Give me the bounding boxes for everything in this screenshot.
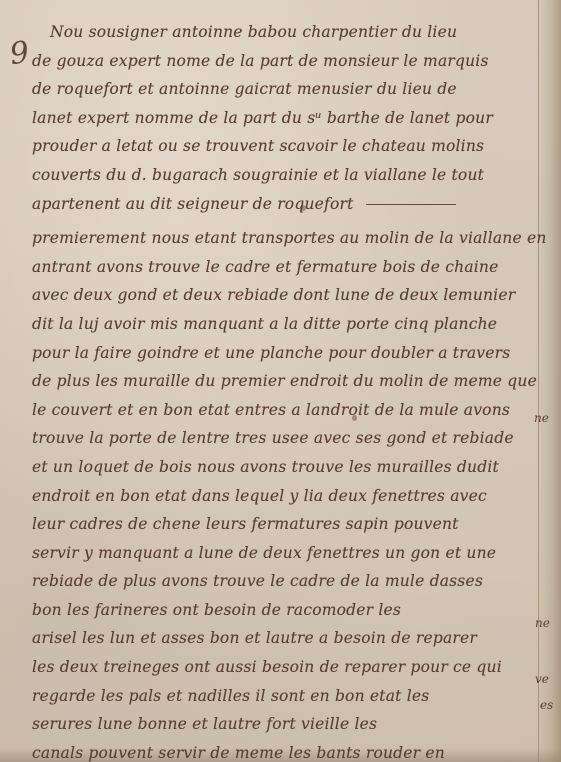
- text-line-content: apartenent au dit seigneur de roquefort: [32, 195, 354, 213]
- margin-note: ne: [534, 411, 549, 425]
- text-line: couverts du d. bugarach sougrainie et la…: [32, 161, 516, 190]
- text-line: regarde les pals et nadilles il sont en …: [32, 682, 516, 711]
- margin-note: ve: [535, 672, 549, 686]
- text-line: lanet expert nomme de la part du sᵘ bart…: [32, 104, 516, 133]
- folio-mark: 9: [8, 35, 32, 72]
- paper-right-edge: [538, 0, 561, 762]
- text-line: de roquefort et antoinne gaicrat menusie…: [32, 75, 516, 104]
- text-line: dit la luj avoir mis manquant a la ditte…: [32, 310, 516, 339]
- text-line: de plus les muraille du premier endroit …: [32, 367, 516, 396]
- text-line: canals pouvent servir de meme les bants …: [32, 739, 516, 762]
- text-line: trouve la porte de lentre tres usee avec…: [32, 424, 516, 453]
- text-line: les deux treineges ont aussi besoin de r…: [32, 653, 516, 682]
- text-line: apartenent au dit seigneur de roquefort: [32, 190, 516, 219]
- text-line: bon les farineres ont besoin de racomode…: [32, 596, 516, 625]
- text-line: avec deux gond et deux rebiade dont lune…: [32, 281, 516, 310]
- text-line: endroit en bon etat dans lequel y lia de…: [32, 482, 516, 511]
- margin-note: es: [540, 698, 553, 712]
- text-line: de gouza expert nome de la part de monsi…: [32, 47, 516, 76]
- manuscript-page: 9 Nou sousigner antoinne babou charpenti…: [0, 0, 561, 762]
- text-line: serures lune bonne et lautre fort vieill…: [32, 710, 516, 739]
- text-line: antrant avons trouve le cadre et fermatu…: [32, 253, 516, 282]
- text-line: pour la faire goindre et une planche pou…: [32, 339, 516, 368]
- text-line: premierement nous etant transportes au m…: [32, 224, 516, 253]
- text-line: Nou sousigner antoinne babou charpentier…: [32, 18, 516, 47]
- text-line: prouder a letat ou se trouvent scavoir l…: [32, 132, 516, 161]
- text-line: rebiade de plus avons trouve le cadre de…: [32, 567, 516, 596]
- text-line: arisel les lun et asses bon et lautre a …: [32, 624, 516, 653]
- text-line: servir y manquant a lune de deux fenettr…: [32, 539, 516, 568]
- margin-note: ne: [535, 616, 550, 630]
- text-line: le couvert et en bon etat entres a landr…: [32, 396, 516, 425]
- text-line: et un loquet de bois nous avons trouve l…: [32, 453, 516, 482]
- manuscript-text: Nou sousigner antoinne babou charpentier…: [32, 18, 516, 762]
- line-filler-rule: [366, 204, 456, 205]
- text-line: leur cadres de chene leurs fermatures sa…: [32, 510, 516, 539]
